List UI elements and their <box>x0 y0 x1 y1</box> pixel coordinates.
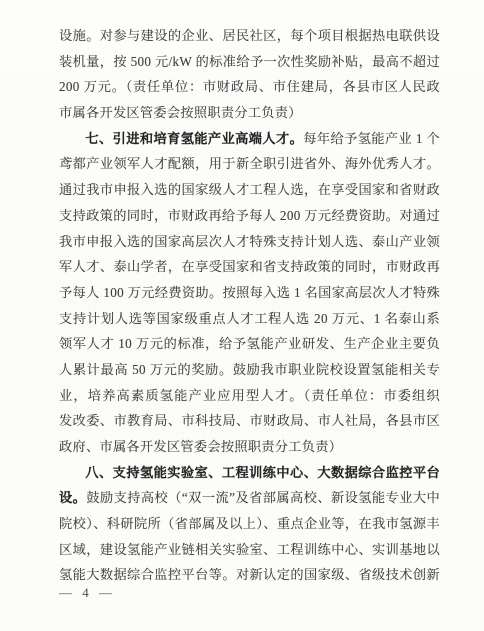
line-text: 领军人才 10 万元的标准，给予氢能产业研发、生产企业主要负责 <box>59 336 440 357</box>
line-text: 鼓励支持高校（“双一流”及省部属高校、新设氢能专业大中专 <box>59 490 440 511</box>
document-line: 通过我市申报入选的国家级人才工程人选，在享受国家和省财政 <box>59 177 440 203</box>
document-text-block: 设施。对参与建设的企业、居民社区，每个项目根据热电联供设备 装机量，按 500 … <box>59 23 440 588</box>
line-text: 院校）、科研院所（省部属及以上）、重点企业等，在我市氢源丰富的 <box>59 516 440 537</box>
line-text: 人累计最高 50 万元的奖励。鼓励我市职业院校设置氢能相关专 <box>59 362 440 377</box>
line-text: 政府、市属各开发区管委会按照职责分工负责） <box>59 439 342 454</box>
section-8-heading-continued: 设。 <box>59 490 86 505</box>
page-number: — 4 — <box>59 582 113 604</box>
line-text: 200 万元。（责任单位：市财政局、市住建局，各县市区人民政府、 <box>59 79 440 100</box>
line-text: 予每人 100 万元经费资助。按照每入选 1 名国家高层次人才特殊 <box>59 285 440 300</box>
document-line: 业，培养高素质氢能产业应用型人才。（责任单位：市委组织部、市 <box>59 383 440 409</box>
line-text: 氢能大数据综合监控平台等。对新认定的国家级、省级技术创新 <box>59 567 440 582</box>
document-line: 市属各开发区管委会按照职责分工负责） <box>59 100 440 126</box>
line-text: 业，培养高素质氢能产业应用型人才。（责任单位：市委组织部、市 <box>59 388 440 409</box>
line-text: 支持政策的同时，市财政再给予每人 200 万元经费资助。对通过 <box>59 208 440 223</box>
document-line: 领军人才 10 万元的标准，给予氢能产业研发、生产企业主要负责 <box>59 331 440 357</box>
document-line: 军人才、泰山学者，在享受国家和省支持政策的同时，市财政再给 <box>59 254 440 280</box>
section-8-heading-line: 八、支持氢能实验室、工程训练中心、大数据综合监控平台建 <box>59 460 440 486</box>
document-line: 200 万元。（责任单位：市财政局、市住建局，各县市区人民政府、 <box>59 74 440 100</box>
document-line: 予每人 100 万元经费资助。按照每入选 1 名国家高层次人才特殊 <box>59 280 440 306</box>
document-line: 鸢都产业领军人才配额，用于新全职引进省外、海外优秀人才。对 <box>59 151 440 177</box>
document-line: 发改委、市教育局、市科技局、市财政局、市人社局，各县市区人民 <box>59 408 440 434</box>
document-page: 设施。对参与建设的企业、居民社区，每个项目根据热电联供设备 装机量，按 500 … <box>0 0 484 631</box>
document-line: 设。鼓励支持高校（“双一流”及省部属高校、新设氢能专业大中专 <box>59 485 440 511</box>
document-line: 设施。对参与建设的企业、居民社区，每个项目根据热电联供设备 <box>59 23 440 49</box>
line-text: 支持计划人选等国家级重点人才工程人选 20 万元、1 名泰山系列 <box>59 311 440 332</box>
document-line: 装机量，按 500 元/kW 的标准给予一次性奖励补贴，最高不超过 <box>59 49 440 75</box>
section-7-heading: 七、引进和培育氢能产业高端人才。 <box>85 131 303 146</box>
line-text: 区域，建设氢能产业链相关实验室、工程训练中心、实训基地以及 <box>59 542 440 563</box>
document-line: 区域，建设氢能产业链相关实验室、工程训练中心、实训基地以及 <box>59 537 440 563</box>
document-line: 人累计最高 50 万元的奖励。鼓励我市职业院校设置氢能相关专 <box>59 357 440 383</box>
section-8-heading: 八、支持氢能实验室、工程训练中心、大数据综合监控平台建 <box>59 465 440 486</box>
document-line: 院校）、科研院所（省部属及以上）、重点企业等，在我市氢源丰富的 <box>59 511 440 537</box>
section-7-heading-line: 七、引进和培育氢能产业高端人才。每年给予氢能产业 1 个 <box>59 126 440 152</box>
line-text: 装机量，按 500 元/kW 的标准给予一次性奖励补贴，最高不超过 <box>59 54 440 69</box>
document-line: 支持政策的同时，市财政再给予每人 200 万元经费资助。对通过 <box>59 203 440 229</box>
line-text: 军人才、泰山学者，在享受国家和省支持政策的同时，市财政再给 <box>59 259 440 280</box>
line-text: 发改委、市教育局、市科技局、市财政局、市人社局，各县市区人民 <box>59 413 440 434</box>
line-text: 我市申报入选的国家高层次人才特殊支持计划人选、泰山产业领 <box>59 234 440 249</box>
line-text: 鸢都产业领军人才配额，用于新全职引进省外、海外优秀人才。对 <box>59 156 440 177</box>
document-line: 氢能大数据综合监控平台等。对新认定的国家级、省级技术创新 <box>59 562 440 588</box>
document-line: 我市申报入选的国家高层次人才特殊支持计划人选、泰山产业领 <box>59 229 440 255</box>
line-text: 市属各开发区管委会按照职责分工负责） <box>59 105 302 120</box>
line-text: 设施。对参与建设的企业、居民社区，每个项目根据热电联供设备 <box>59 28 440 49</box>
document-line: 支持计划人选等国家级重点人才工程人选 20 万元、1 名泰山系列 <box>59 306 440 332</box>
document-line: 政府、市属各开发区管委会按照职责分工负责） <box>59 434 440 460</box>
line-text: 通过我市申报入选的国家级人才工程人选，在享受国家和省财政 <box>59 182 440 197</box>
line-text: 每年给予氢能产业 1 个 <box>303 131 440 146</box>
